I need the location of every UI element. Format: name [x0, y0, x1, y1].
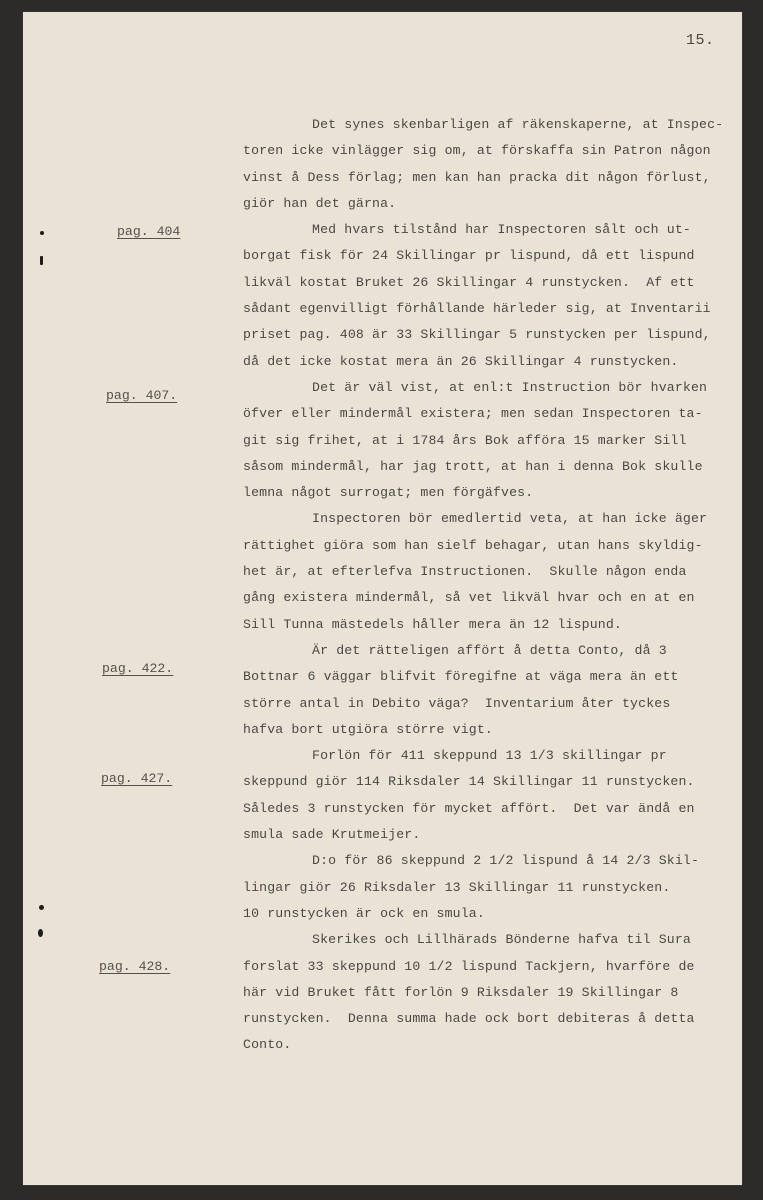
text-line: forslat 33 skeppund 10 1/2 lispund Tackj… — [243, 954, 743, 980]
text-line: rättighet giöra som han sielf behagar, u… — [243, 533, 743, 559]
paragraph-ditto: D:o för 86 skeppund 2 1/2 lispund å 14 2… — [243, 848, 743, 927]
text-line: toren icke vinlägger sig om, at förskaff… — [243, 138, 743, 164]
text-line: Är det rätteligen affört å detta Conto, … — [243, 638, 743, 664]
margin-note-pag-422: pag. 422. — [102, 661, 173, 676]
binding-mark-dot — [40, 231, 44, 235]
text-line: då det icke kostat mera än 26 Skillingar… — [243, 349, 743, 375]
paragraph-inspectoren: Inspectoren bör emedlertid veta, at han … — [243, 506, 743, 637]
margin-note-pag-428: pag. 428. — [99, 959, 170, 974]
text-line: Det är väl vist, at enl:t Instruction bö… — [243, 375, 743, 401]
binding-mark-blot — [38, 929, 43, 937]
text-line: öfver eller mindermål existera; men seda… — [243, 401, 743, 427]
text-line: här vid Bruket fått forlön 9 Riksdaler 1… — [243, 980, 743, 1006]
paragraph-pag-404: Med hvars tilstånd har Inspectoren sålt … — [243, 217, 743, 375]
paragraph-pag-428: Skerikes och Lillhärads Bönderne hafva t… — [243, 927, 743, 1058]
text-line: Med hvars tilstånd har Inspectoren sålt … — [243, 217, 743, 243]
text-line: vinst å Dess förlag; men kan han pracka … — [243, 165, 743, 191]
text-line: runstycken. Denna summa hade ock bort de… — [243, 1006, 743, 1032]
text-line: Conto. — [243, 1032, 743, 1058]
text-line: Skerikes och Lillhärads Bönderne hafva t… — [243, 927, 743, 953]
text-line: Sill Tunna mästedels håller mera än 12 l… — [243, 612, 743, 638]
text-line: skeppund giör 114 Riksdaler 14 Skillinga… — [243, 769, 743, 795]
text-line: Det synes skenbarligen af räkenskaperne,… — [243, 112, 743, 138]
text-line: giör han det gärna. — [243, 191, 743, 217]
paragraph-pag-407: Det är väl vist, at enl:t Instruction bö… — [243, 375, 743, 506]
text-line: het är, at efterlefva Instructionen. Sku… — [243, 559, 743, 585]
text-line: sådant egenvilligt förhållande härleder … — [243, 296, 743, 322]
text-line: priset pag. 408 är 33 Skillingar 5 runst… — [243, 322, 743, 348]
text-line: likväl kostat Bruket 26 Skillingar 4 run… — [243, 270, 743, 296]
text-line: smula sade Krutmeijer. — [243, 822, 743, 848]
document-body: Det synes skenbarligen af räkenskaperne,… — [243, 112, 743, 1059]
margin-note-pag-404: pag. 404 — [117, 224, 180, 239]
text-line: gång existera mindermål, så vet likväl h… — [243, 585, 743, 611]
text-line: Bottnar 6 väggar blifvit föregifne at vä… — [243, 664, 743, 690]
paragraph-intro: Det synes skenbarligen af räkenskaperne,… — [243, 112, 743, 217]
margin-note-pag-427: pag. 427. — [101, 771, 172, 786]
text-line: lemna något surrogat; men förgäfves. — [243, 480, 743, 506]
text-line: större antal in Debito väga? Inventarium… — [243, 691, 743, 717]
text-line: lingar giör 26 Riksdaler 13 Skillingar 1… — [243, 875, 743, 901]
text-line: git sig frihet, at i 1784 års Bok afföra… — [243, 428, 743, 454]
text-line: Således 3 runstycken för mycket affört. … — [243, 796, 743, 822]
binding-mark-dot — [39, 905, 44, 910]
paragraph-pag-427: Forlön för 411 skeppund 13 1/3 skillinga… — [243, 743, 743, 848]
paragraph-pag-422: Är det rätteligen affört å detta Conto, … — [243, 638, 743, 743]
text-line: Inspectoren bör emedlertid veta, at han … — [243, 506, 743, 532]
text-line: borgat fisk för 24 Skillingar pr lispund… — [243, 243, 743, 269]
text-line: D:o för 86 skeppund 2 1/2 lispund å 14 2… — [243, 848, 743, 874]
text-line: hafva bort utgiöra större vigt. — [243, 717, 743, 743]
text-line: 10 runstycken är ock en smula. — [243, 901, 743, 927]
page-number: 15. — [686, 32, 715, 49]
margin-note-pag-407: pag. 407. — [106, 388, 177, 403]
text-line: såsom mindermål, har jag trott, at han i… — [243, 454, 743, 480]
binding-mark-tick — [40, 256, 43, 265]
text-line: Forlön för 411 skeppund 13 1/3 skillinga… — [243, 743, 743, 769]
